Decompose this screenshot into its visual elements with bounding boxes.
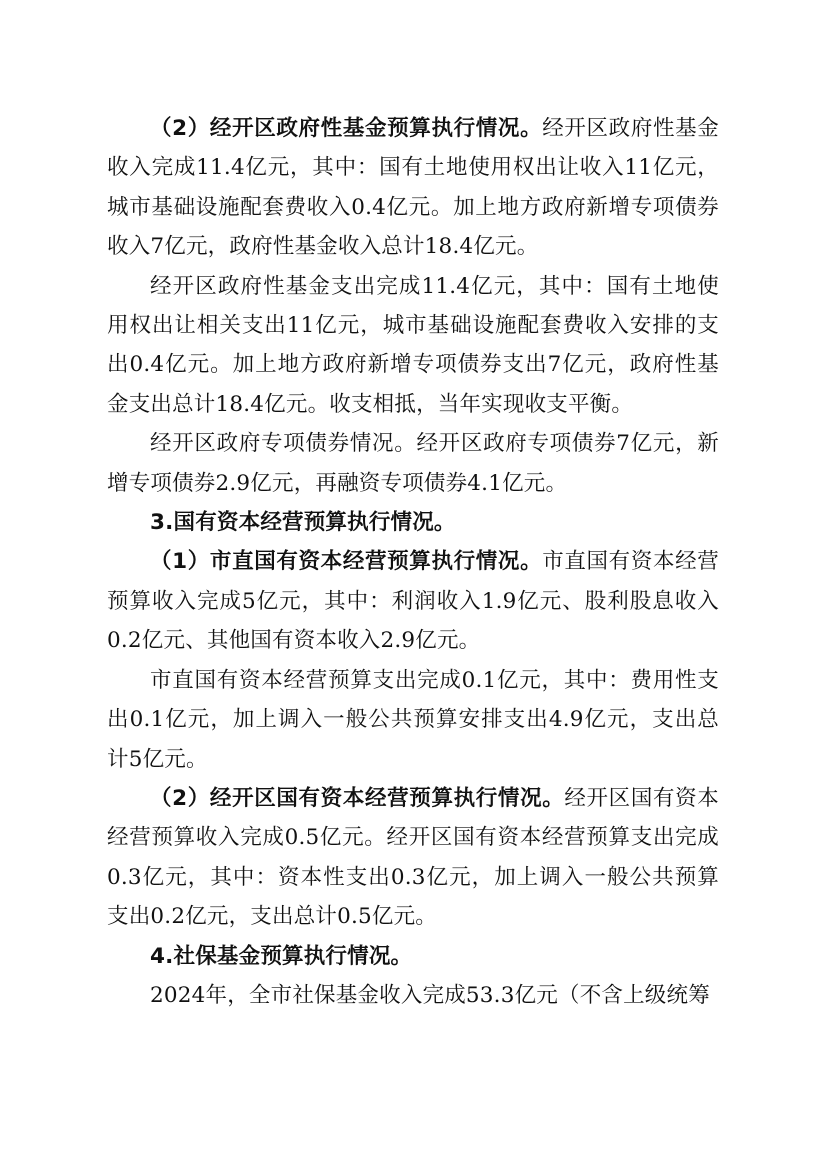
paragraph-city-state-capital-revenue: （1）市直国有资本经营预算执行情况。市直国有资本经营预算收入完成5亿元，其中：利…: [107, 542, 719, 660]
section-heading-state-capital: 3.国有资本经营预算执行情况。: [107, 503, 719, 542]
subsection-heading: （2）经开区政府性基金预算执行情况。: [150, 116, 542, 141]
paragraph-kaifaqu-fund-expenditure: 经开区政府性基金支出完成11.4亿元，其中：国有土地使用权出让相关支出11亿元，…: [107, 267, 719, 425]
paragraph-kaifaqu-special-bonds: 经开区政府专项债券情况。经开区政府专项债券7亿元，新增专项债券2.9亿元，再融资…: [107, 424, 719, 503]
section-heading-social-security: 4.社保基金预算执行情况。: [107, 937, 719, 976]
subsection-heading: （1）市直国有资本经营预算执行情况。: [150, 549, 542, 574]
paragraph-kaifaqu-fund-revenue: （2）经开区政府性基金预算执行情况。经开区政府性基金收入完成11.4亿元，其中：…: [107, 109, 719, 267]
paragraph-city-state-capital-expenditure: 市直国有资本经营预算支出完成0.1亿元，其中：费用性支出0.1亿元，加上调入一般…: [107, 661, 719, 779]
document-page: （2）经开区政府性基金预算执行情况。经开区政府性基金收入完成11.4亿元，其中：…: [107, 109, 719, 1015]
paragraph-kaifaqu-state-capital: （2）经开区国有资本经营预算执行情况。经开区国有资本经营预算收入完成0.5亿元。…: [107, 779, 719, 937]
subsection-heading: （2）经开区国有资本经营预算执行情况。: [150, 786, 564, 811]
paragraph-social-security-revenue: 2024年，全市社保基金收入完成53.3亿元（不含上级统筹: [107, 976, 719, 1015]
